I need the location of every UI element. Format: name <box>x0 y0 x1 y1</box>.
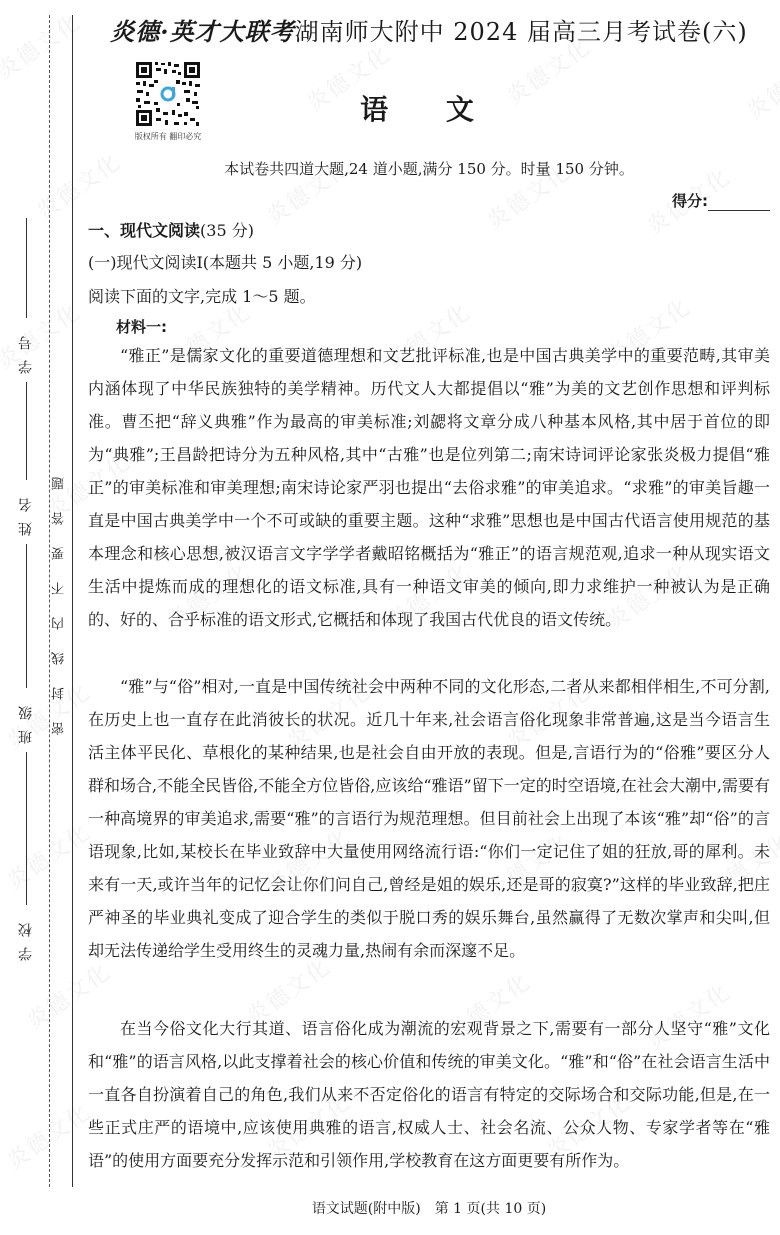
material-label: 材料一: <box>116 316 167 337</box>
exam-title-text: 湖南师大附中 2024 届高三月考试卷(六) <box>295 18 748 46</box>
seal-line-notice: 密封线内不要答题 <box>50 395 70 795</box>
passage-paragraph-2: “雅”与“俗”相对,一直是中国传统社会中两种不同的文化形态,二者从来都相伴相生,… <box>88 670 770 967</box>
binding-solid-line <box>72 15 73 1187</box>
passage-paragraph-3: 在当今俗文化大行其道、语言俗化成为潮流的宏观背景之下,需要有一部分人坚守“雅”文… <box>88 1012 770 1177</box>
student-name-field[interactable]: 姓名 <box>14 440 38 674</box>
exam-brand: 炎德·英才大联考 <box>110 17 294 46</box>
section-heading-title: 一、现代文阅读 <box>88 221 200 240</box>
student-number-label: 学号 <box>16 326 36 374</box>
score-label: 得分: <box>672 192 708 210</box>
paragraph-text: 在当今俗文化大行其道、语言俗化成为潮流的宏观背景之下,需要有一部分人坚守“雅”文… <box>88 1012 770 1177</box>
class-blank[interactable] <box>26 640 27 688</box>
sub-section-heading: (一)现代文阅读Ⅰ(本题共 5 小题,19 分) <box>88 250 362 273</box>
student-name-blank[interactable] <box>26 440 27 480</box>
page-footer: 语文试题(附中版) 第 1 页(共 10 页) <box>88 1198 770 1218</box>
watermark: 炎德文化 <box>0 295 86 375</box>
section-heading-points: (35 分) <box>200 221 254 240</box>
exam-title: 炎德·英才大联考湖南师大附中 2024 届高三月考试卷(六) <box>88 12 770 47</box>
qr-caption: 版权所有 翻印必究 <box>132 131 204 142</box>
student-number-blank-2[interactable] <box>26 382 27 440</box>
subject-title: 语 文 <box>88 88 770 128</box>
reading-instruction: 阅读下面的文字,完成 1～5 题。 <box>88 284 316 307</box>
school-field[interactable]: 学校 <box>14 840 38 969</box>
watermark: 炎德文化 <box>0 5 86 85</box>
paragraph-text: “雅正”是儒家文化的重要道德理想和文艺批评标准,也是中国古典美学中的重要范畴,其… <box>88 339 770 636</box>
paragraph-text: “雅”与“俗”相对,一直是中国传统社会中两种不同的文化形态,二者从来都相伴相生,… <box>88 670 770 967</box>
exam-info: 本试卷共四道大题,24 道小题,满分 150 分。时量 150 分钟。 <box>88 158 770 179</box>
school-blank[interactable] <box>26 840 27 905</box>
student-number-blank[interactable] <box>26 218 27 318</box>
class-blank-2[interactable] <box>26 752 27 852</box>
score-blank[interactable] <box>708 196 770 211</box>
student-number-field[interactable]: 学号 <box>14 218 38 440</box>
class-label: 班级 <box>16 696 36 744</box>
school-label: 学校 <box>16 913 36 961</box>
student-name-label: 姓名 <box>16 488 36 536</box>
class-field[interactable]: 班级 <box>14 640 38 852</box>
score-field: 得分: <box>672 190 770 211</box>
passage-paragraph-1: “雅正”是儒家文化的重要道德理想和文艺批评标准,也是中国古典美学中的重要范畴,其… <box>88 339 770 636</box>
section-heading: 一、现代文阅读(35 分) <box>88 218 254 241</box>
